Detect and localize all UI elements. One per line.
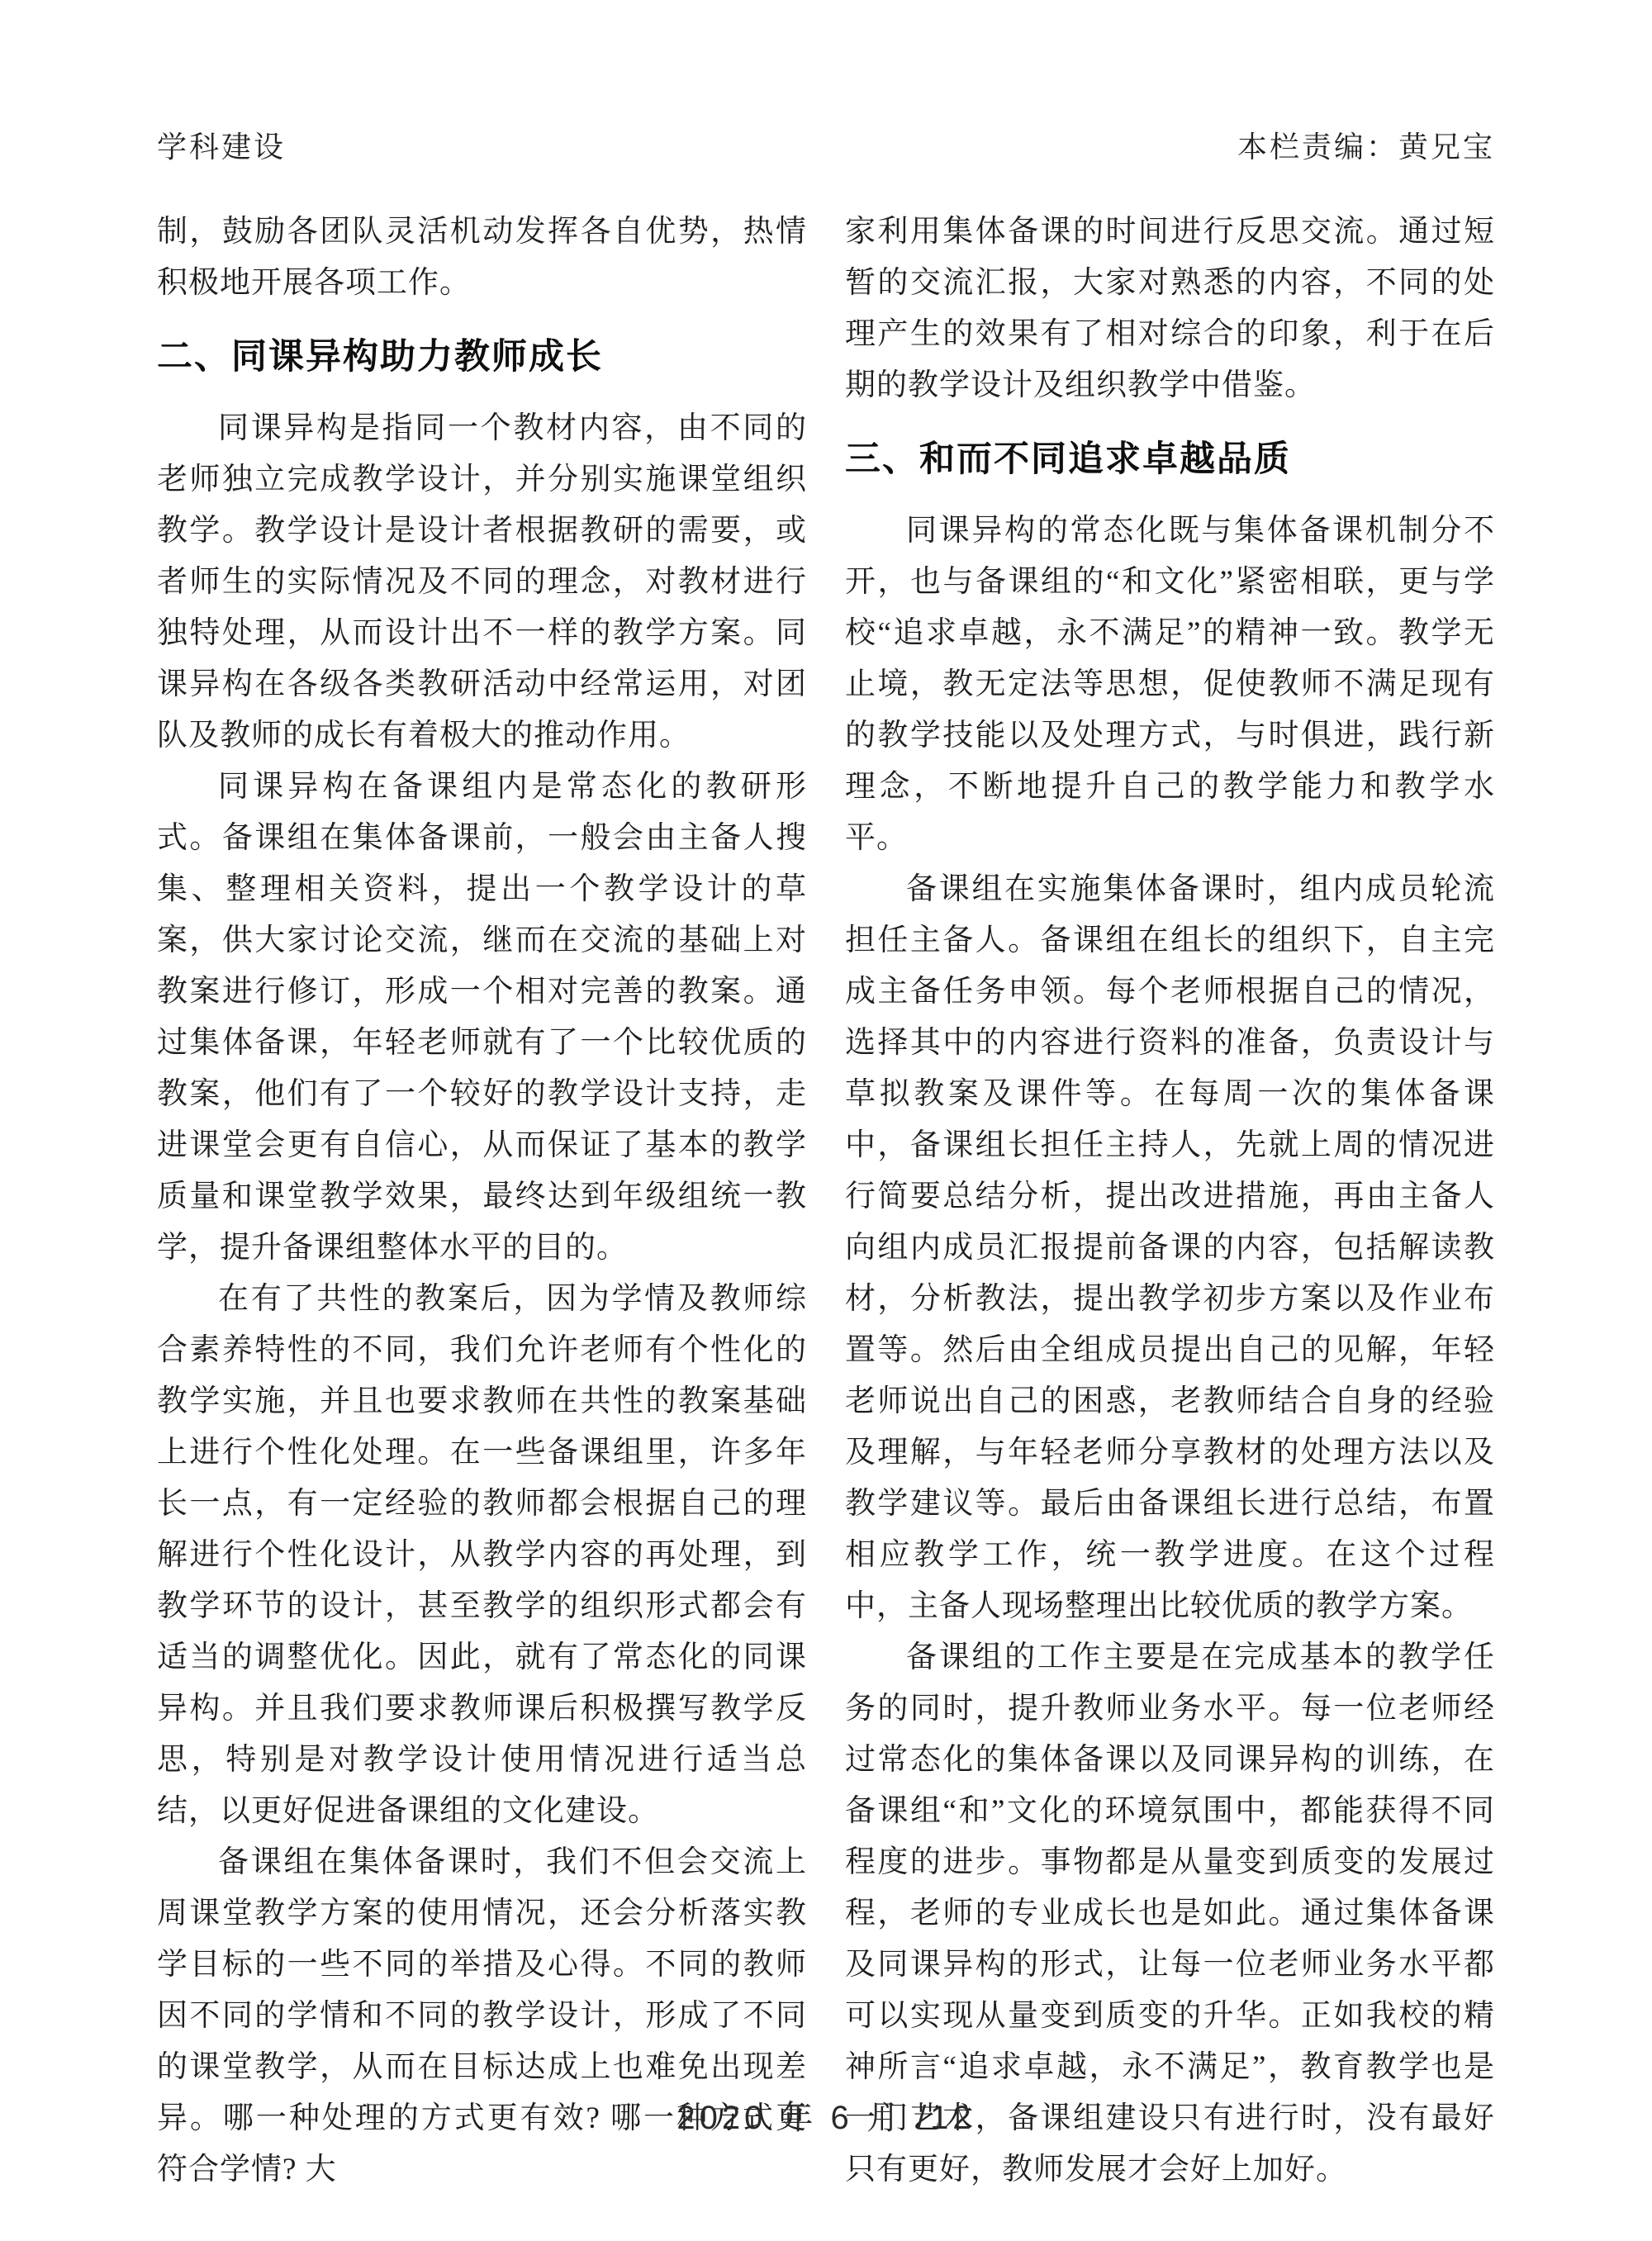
paragraph: 备课组在集体备课时，我们不但会交流上周课堂教学方案的使用情况，还会分析落实教学目…	[157, 1837, 807, 2196]
paragraph: 在有了共性的教案后，因为学情及教师综合素养特性的不同，我们允许老师有个性化的教学…	[157, 1274, 807, 1837]
section-heading-3: 三、和而不同追求卓越品质	[845, 436, 1495, 482]
paragraph-continuation: 制，鼓励各团队灵活机动发挥各自优势，热情积极地开展各项工作。	[157, 207, 807, 309]
paragraph: 备课组在实施集体备课时，组内成员轮流担任主备人。备课组在组长的组织下，自主完成主…	[845, 864, 1495, 1632]
right-column: 家利用集体备课的时间进行反思交流。通过短暂的交流汇报，大家对熟悉的内容，不同的处…	[845, 207, 1495, 2196]
paragraph: 同课异构的常态化既与集体备课机制分不开，也与备课组的“和文化”紧密相联，更与学校…	[845, 506, 1495, 864]
magazine-page: 学科建设 本栏责编：黄兄宝 制，鼓励各团队灵活机动发挥各自优势，热情积极地开展各…	[0, 0, 1652, 2241]
left-column: 制，鼓励各团队灵活机动发挥各自优势，热情积极地开展各项工作。 二、同课异构助力教…	[157, 207, 807, 2196]
column-editor-label: 本栏责编：黄兄宝	[1237, 124, 1495, 166]
paragraph-continuation: 家利用集体备课的时间进行反思交流。通过短暂的交流汇报，大家对熟悉的内容，不同的处…	[845, 207, 1495, 411]
paragraph: 同课异构是指同一个教材内容，由不同的老师独立完成教学设计，并分别实施课堂组织教学…	[157, 403, 807, 762]
article-body: 制，鼓励各团队灵活机动发挥各自优势，热情积极地开展各项工作。 二、同课异构助力教…	[157, 207, 1495, 2196]
page-footer: 2020 年 6 月 /12	[0, 2091, 1652, 2139]
section-heading-2: 二、同课异构助力教师成长	[157, 334, 807, 380]
page-header: 学科建设 本栏责编：黄兄宝	[157, 124, 1495, 166]
paragraph: 同课异构在备课组内是常态化的教研形式。备课组在集体备课前，一般会由主备人搜集、整…	[157, 762, 807, 1274]
section-label: 学科建设	[157, 124, 286, 166]
